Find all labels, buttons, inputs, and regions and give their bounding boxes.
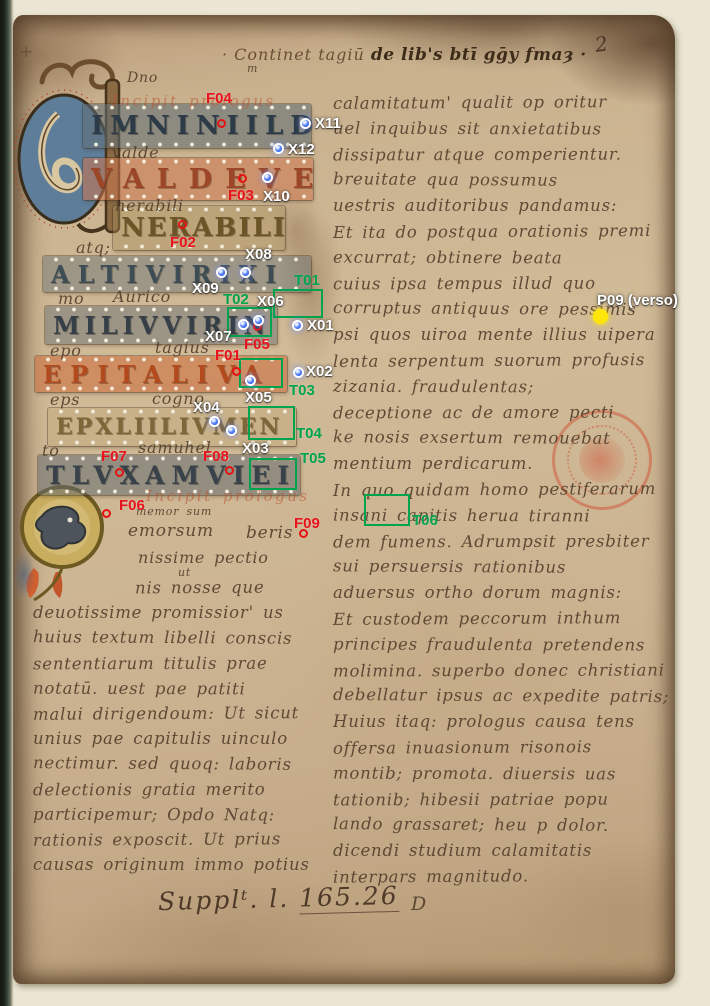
manuscript-line-right: principes fraudulenta pretendens (333, 634, 645, 654)
point-marker-X10[interactable] (264, 174, 271, 181)
flag-marker-F07[interactable] (115, 468, 124, 477)
manuscript-word: memor sum (136, 505, 212, 518)
header-title-line: · Continet tagiū de lib's btī gḡy fmaȝ · (222, 45, 587, 65)
region-label-T01[interactable]: T01 (294, 272, 320, 289)
verso-point-marker[interactable] (593, 309, 608, 324)
flag-label-F02[interactable]: F02 (170, 234, 196, 251)
region-label-T06[interactable]: T06 (412, 512, 438, 529)
point-marker-X07[interactable] (240, 321, 247, 328)
manuscript-line-right: uel inquibus sit anxietatibus (333, 118, 602, 138)
region-label-T03[interactable]: T03 (289, 382, 315, 399)
manuscript-line-left: rationis exposcit. Ut prius (33, 829, 281, 850)
manuscript-line-left: nis nosse que (135, 578, 265, 598)
manuscript-line-right: zizania. fraudulentas; (333, 376, 534, 396)
folio-number: 2 (593, 31, 609, 57)
manuscript-word: Dno (127, 70, 158, 86)
manuscript-line-right: uestris auditoribus pandamus: (333, 196, 617, 215)
region-box-T05[interactable] (249, 458, 297, 490)
header-part2: de lib's btī gḡy fmaȝ · (371, 45, 587, 65)
manuscript-word: epo (50, 341, 82, 360)
manuscript-line-right: mentium perdicarum. (333, 454, 533, 473)
point-label-X06[interactable]: X06 (257, 293, 284, 310)
manuscript-line-right: excurrat; obtinere beata (333, 247, 563, 267)
manuscript-line-left: participemur; Opdo Natq: (33, 804, 275, 824)
flag-label-F08[interactable]: F08 (203, 448, 229, 465)
flag-marker-F02[interactable] (178, 220, 187, 229)
point-marker-X03[interactable] (228, 427, 235, 434)
manuscript-word: Incipit prologus (112, 92, 276, 110)
manuscript-line-right: Et ita do postqua orationis premi (333, 221, 651, 242)
flag-label-F07[interactable]: F07 (101, 448, 127, 465)
manuscript-line-right: montib; promota. diuersis uas (333, 763, 616, 783)
region-label-T05[interactable]: T05 (300, 450, 326, 467)
manuscript-line-right: debellatur ipsus ac expedite patris; (333, 685, 669, 706)
manuscript-line-right: cuius ipsa tempus illud quo (333, 273, 596, 293)
point-label-X03[interactable]: X03 (242, 440, 269, 457)
manuscript-line-left: sententiarum titulis prae (33, 653, 268, 673)
manuscript-word: tagius (155, 338, 210, 357)
manuscript-line-right: breuitate qua possumus (333, 170, 558, 190)
manuscript-line-right: deceptione ac de amore pecti (333, 402, 615, 422)
manuscript-line-right: interpars magnitudo. (333, 866, 529, 886)
region-box-T03[interactable] (239, 358, 283, 388)
flag-marker-F06[interactable] (102, 509, 111, 518)
point-marker-X09[interactable] (218, 269, 225, 276)
display-capitals-line: IMNINIILD (83, 104, 311, 148)
point-marker-X11[interactable] (302, 120, 309, 127)
region-label-T04[interactable]: T04 (296, 425, 322, 442)
manuscript-line-right: dem fumens. Adrumpsit presbiter (333, 531, 649, 551)
manuscript-line-left: deuotissime promissior' us (33, 603, 284, 622)
manuscript-word: mo (58, 289, 84, 308)
manuscript-word: nerabili (115, 196, 184, 215)
manuscript-line-right: molimina. superbo donec christiani (333, 660, 665, 680)
manuscript-line-left: delectionis gratia merito (33, 779, 266, 799)
point-marker-X12[interactable] (275, 145, 282, 152)
manuscript-word: ut (178, 566, 191, 579)
flag-label-F06[interactable]: F06 (119, 497, 145, 514)
point-marker-X05[interactable] (247, 377, 254, 384)
manuscript-line-left: notatū. uest pae patiti (33, 678, 246, 698)
region-box-T04[interactable] (248, 406, 295, 440)
verso-point-label[interactable]: P09 (verso) (597, 292, 678, 309)
flag-marker-F01[interactable] (232, 367, 241, 376)
manuscript-word: atq; (76, 238, 111, 257)
margin-pigment-smudge (13, 552, 35, 598)
manuscript-line-right: aduersus ortho dorum magnis: (333, 583, 622, 602)
manuscript-word: emorsum (128, 521, 214, 541)
manuscript-word: beris (246, 523, 293, 543)
manuscript-word: to (42, 441, 60, 460)
point-label-X11[interactable]: X11 (315, 115, 341, 132)
manuscript-word: Aurico (113, 287, 171, 306)
manuscript-word: valde (112, 143, 159, 162)
point-label-X10[interactable]: X10 (263, 188, 290, 205)
manuscript-line-left: causas originum immo potius (33, 855, 310, 874)
point-label-X01[interactable]: X01 (307, 317, 334, 334)
manuscript-line-left: malui dirigendoum: Ut sicut (33, 703, 299, 724)
manuscript-line-left: huius textum libelli conscis (33, 628, 292, 649)
manuscript-line-left: unius pae capitulis uinculo (33, 729, 288, 748)
manuscript-line-right: dissipatur atque comperientur. (333, 144, 622, 164)
point-marker-X04[interactable] (211, 418, 218, 425)
flag-marker-F04[interactable] (217, 119, 226, 128)
point-marker-X08[interactable] (242, 269, 249, 276)
manuscript-word: D (411, 893, 427, 915)
manuscript-line-left: nectimur. sed quoq: laboris (33, 754, 292, 775)
manuscript-word: m (247, 62, 258, 75)
shelfmark-prefix: Supplᵗ. l. (158, 884, 290, 916)
region-box-T06[interactable] (364, 494, 410, 526)
manuscript-line-right: psi quos uiroa mente illius uipera (333, 325, 655, 344)
point-label-X05[interactable]: X05 (245, 389, 272, 406)
flag-label-F03[interactable]: F03 (228, 187, 254, 204)
flag-marker-F08[interactable] (225, 466, 234, 475)
region-label-T02[interactable]: T02 (223, 291, 249, 308)
flag-label-F09[interactable]: F09 (294, 515, 320, 532)
manuscript-line-right: calamitatum' qualit op oritur (333, 92, 607, 113)
manuscript-line-right: lenta serpentum suorum profusis (333, 350, 645, 371)
manuscript-word: eps (50, 390, 80, 409)
point-label-X09[interactable]: X09 (192, 280, 219, 297)
manuscript-line-right: Et custodem peccorum inthum (333, 608, 621, 629)
manuscript-line-right: lando grassaret; heu p dolor. (333, 815, 609, 836)
point-marker-X02[interactable] (295, 369, 302, 376)
region-box-T02[interactable] (227, 307, 272, 337)
point-label-X07[interactable]: X07 (205, 328, 232, 345)
manuscript-line-right: Huius itaq: prologus causa tens (333, 712, 635, 731)
manuscript-word: samuhel (138, 438, 212, 457)
corner-cross-mark: + (19, 42, 33, 62)
point-label-X12[interactable]: X12 (288, 141, 315, 158)
flag-marker-F03[interactable] (238, 174, 247, 183)
manuscript-word: nissime pectio (138, 548, 269, 567)
scanned-page-canvas: · Continet tagiū de lib's btī gḡy fmaȝ ·… (0, 0, 710, 1006)
manuscript-line-right: ke nosis exsertum remouebat (333, 428, 611, 449)
header-part1: · Continet tagiū (222, 45, 371, 64)
manuscript-line-right: sui persuersis rationibus (333, 557, 566, 577)
point-label-X08[interactable]: X08 (245, 246, 272, 263)
point-label-X04[interactable]: X04 (193, 399, 220, 416)
point-label-X02[interactable]: X02 (306, 363, 333, 380)
manuscript-line-right: tationib; hibesii patriae popu (333, 789, 609, 809)
flag-label-F05[interactable]: F05 (244, 336, 270, 353)
manuscript-line-right: dicendi studium calamitatis (333, 841, 592, 860)
point-marker-X06[interactable] (255, 317, 262, 324)
point-marker-X01[interactable] (294, 322, 301, 329)
manuscript-line-right: corruptus antiquus ore pessimis (333, 298, 637, 319)
flag-label-F01[interactable]: F01 (215, 347, 241, 364)
flag-label-F04[interactable]: F04 (206, 90, 232, 107)
manuscript-line-right: offersa inuasionum risonois (333, 737, 592, 758)
